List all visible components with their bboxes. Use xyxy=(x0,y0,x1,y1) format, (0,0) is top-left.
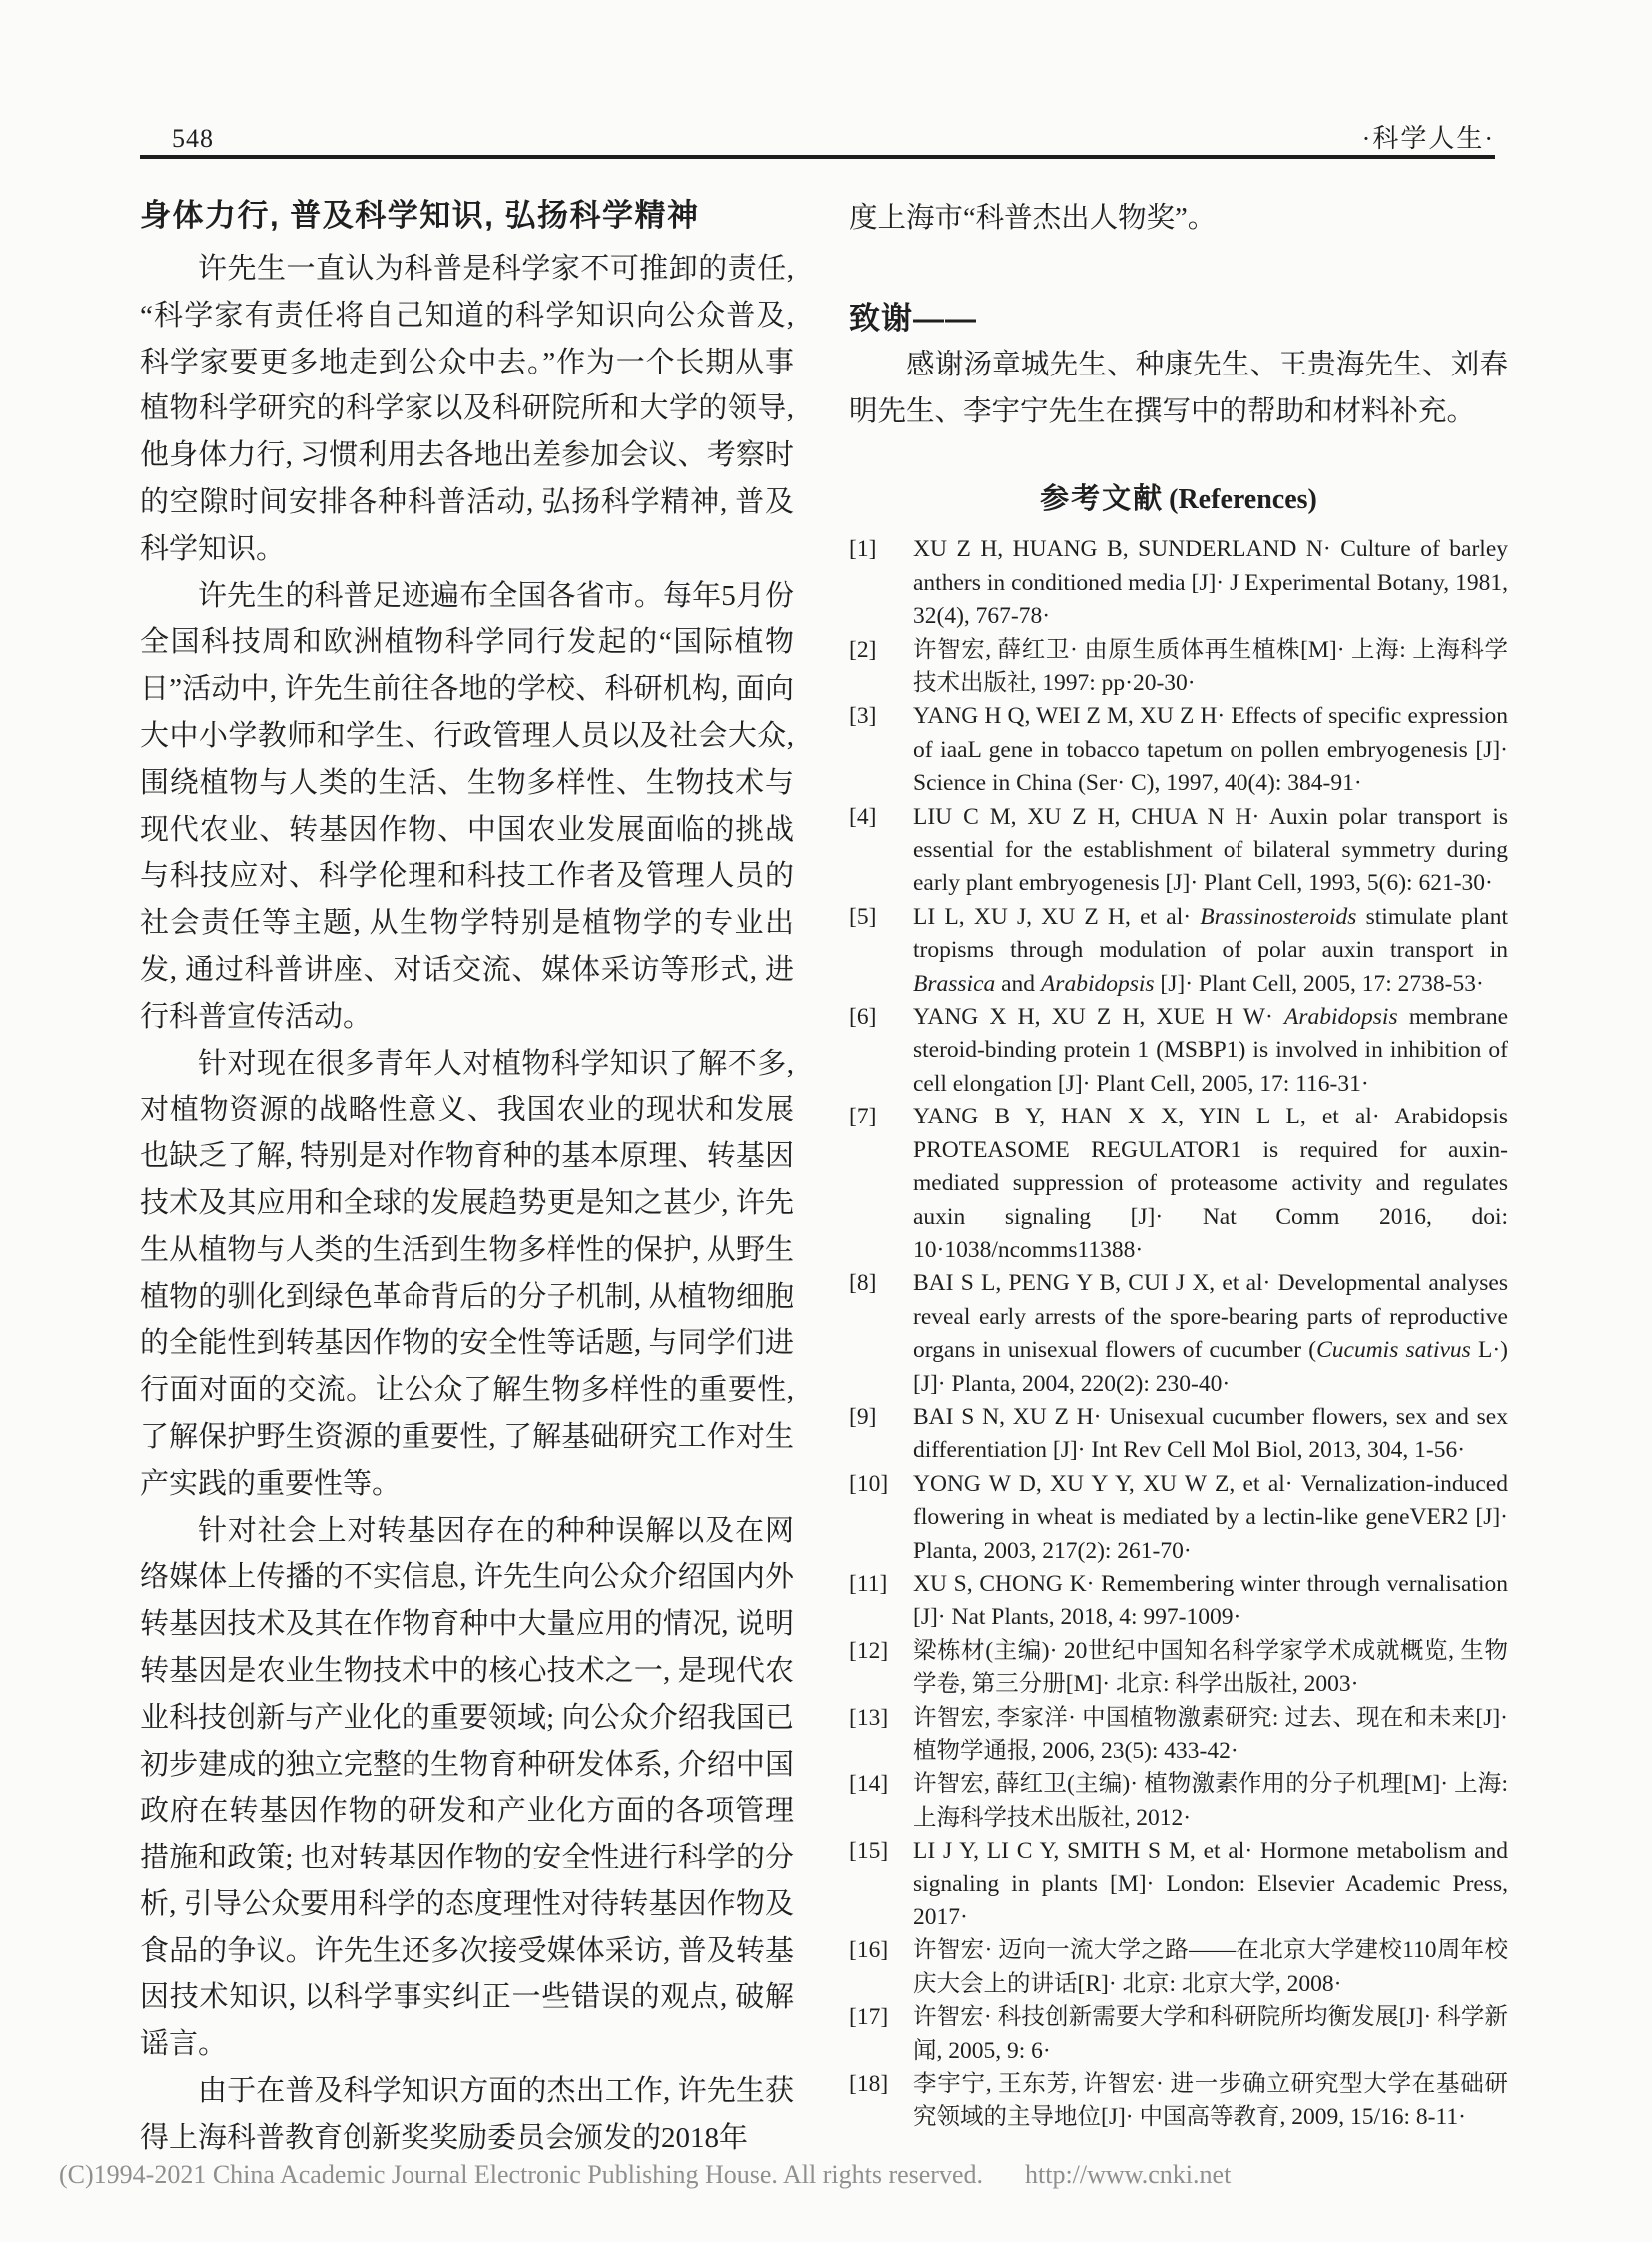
reference-item: [6]YANG X H, XU Z H, XUE H W· Arabidopsi… xyxy=(849,1001,1508,1101)
reference-text: YANG X H, XU Z H, XUE H W· Arabidopsis m… xyxy=(913,1004,1508,1097)
reference-number: [6] xyxy=(849,1001,876,1034)
left-column: 身体力行, 普及科学知识, 弘扬科学精神 许先生一直认为科普是科学家不可推卸的责… xyxy=(140,196,794,2162)
page-number: 548 xyxy=(140,124,214,154)
reference-number: [13] xyxy=(849,1702,888,1735)
reference-number: [17] xyxy=(849,2001,888,2034)
reference-number: [1] xyxy=(849,533,876,566)
reference-item: [10]YONG W D, XU Y Y, XU W Z, et al· Ver… xyxy=(849,1468,1508,1568)
reference-text: 许智宏, 薛红卫(主编)· 植物激素作用的分子机理[M]· 上海: 上海科学技术… xyxy=(913,1771,1508,1830)
reference-item: [11]XU S, CHONG K· Remembering winter th… xyxy=(849,1568,1508,1635)
reference-text: LI L, XU J, XU Z H, et al· Brassinostero… xyxy=(913,904,1508,997)
header-rule xyxy=(140,155,1495,159)
reference-number: [14] xyxy=(849,1768,888,1801)
footer-url: http://www.cnki.net xyxy=(1025,2160,1231,2189)
reference-text: 许智宏, 李家洋· 中国植物激素研究: 过去、现在和未来[J]· 植物学通报, … xyxy=(913,1705,1508,1764)
references-heading-zh: 参考文献 xyxy=(1040,483,1164,515)
reference-list: [1]XU Z H, HUANG B, SUNDERLAND N· Cultur… xyxy=(849,533,1508,2135)
running-head: ·科学人生· xyxy=(1362,118,1495,155)
reference-text: LIU C M, XU Z H, CHUA N H· Auxin polar t… xyxy=(913,804,1508,897)
reference-item: [2]许智宏, 薛红卫· 由原生质体再生植株[M]· 上海: 上海科学技术出版社… xyxy=(849,634,1508,701)
left-paragraphs: 许先生一直认为科普是科学家不可推卸的责任, “科学家有责任将自己知道的科学知识向… xyxy=(140,246,794,2162)
reference-item: [12]梁栋材(主编)· 20世纪中国知名科学家学术成就概览, 生物学卷, 第三… xyxy=(849,1635,1508,1702)
reference-number: [8] xyxy=(849,1267,876,1300)
reference-item: [15]LI J Y, LI C Y, SMITH S M, et al· Ho… xyxy=(849,1835,1508,1934)
reference-text: YANG B Y, HAN X X, YIN L L, et al· Arabi… xyxy=(913,1104,1508,1263)
reference-text: LI J Y, LI C Y, SMITH S M, et al· Hormon… xyxy=(913,1838,1508,1930)
continuation-paragraph: 度上海市“科普杰出人物奖”。 xyxy=(849,196,1508,243)
reference-item: [16]许智宏· 迈向一流大学之路——在北京大学建校110周年校庆大会上的讲话[… xyxy=(849,1934,1508,2001)
section-heading: 身体力行, 普及科学知识, 弘扬科学精神 xyxy=(140,196,794,236)
reference-text: 许智宏· 科技创新需要大学和科研院所均衡发展[J]· 科学新闻, 2005, 9… xyxy=(913,2004,1508,2063)
reference-text: XU S, CHONG K· Remembering winter throug… xyxy=(913,1571,1508,1630)
reference-item: [8]BAI S L, PENG Y B, CUI J X, et al· De… xyxy=(849,1267,1508,1401)
reference-number: [10] xyxy=(849,1468,888,1501)
paragraph: 由于在普及科学知识方面的杰出工作, 许先生获得上海科普教育创新奖奖励委员会颁发的… xyxy=(140,2068,794,2162)
reference-number: [16] xyxy=(849,1934,888,1967)
reference-item: [13]许智宏, 李家洋· 中国植物激素研究: 过去、现在和未来[J]· 植物学… xyxy=(849,1702,1508,1769)
acknowledgement-heading: 致谢—— xyxy=(849,299,1508,339)
copyright-text: (C)1994-2021 China Academic Journal Elec… xyxy=(59,2160,983,2189)
reference-item: [3]YANG H Q, WEI Z M, XU Z H· Effects of… xyxy=(849,700,1508,800)
reference-text: BAI S N, XU Z H· Unisexual cucumber flow… xyxy=(913,1404,1508,1463)
reference-number: [2] xyxy=(849,634,876,667)
reference-item: [5]LI L, XU J, XU Z H, et al· Brassinost… xyxy=(849,901,1508,1001)
reference-number: [7] xyxy=(849,1101,876,1133)
reference-text: 许智宏· 迈向一流大学之路——在北京大学建校110周年校庆大会上的讲话[R]· … xyxy=(913,1937,1508,1996)
reference-item: [17]许智宏· 科技创新需要大学和科研院所均衡发展[J]· 科学新闻, 200… xyxy=(849,2001,1508,2068)
reference-item: [7]YANG B Y, HAN X X, YIN L L, et al· Ar… xyxy=(849,1101,1508,1267)
paragraph: 针对现在很多青年人对植物科学知识了解不多, 对植物资源的战略性意义、我国农业的现… xyxy=(140,1041,794,1508)
reference-text: 梁栋材(主编)· 20世纪中国知名科学家学术成就概览, 生物学卷, 第三分册[M… xyxy=(913,1638,1508,1697)
reference-item: [1]XU Z H, HUANG B, SUNDERLAND N· Cultur… xyxy=(849,533,1508,633)
reference-text: YANG H Q, WEI Z M, XU Z H· Effects of sp… xyxy=(913,703,1508,796)
reference-number: [5] xyxy=(849,901,876,934)
reference-item: [14]许智宏, 薛红卫(主编)· 植物激素作用的分子机理[M]· 上海: 上海… xyxy=(849,1768,1508,1835)
paragraph: 许先生一直认为科普是科学家不可推卸的责任, “科学家有责任将自己知道的科学知识向… xyxy=(140,246,794,573)
page-footer: (C)1994-2021 China Academic Journal Elec… xyxy=(59,2160,1231,2190)
right-column: 度上海市“科普杰出人物奖”。 致谢—— 感谢汤章城先生、种康先生、王贵海先生、刘… xyxy=(849,196,1508,2135)
reference-item: [18]李宇宁, 王东芳, 许智宏· 进一步确立研究型大学在基础研究领域的主导地… xyxy=(849,2068,1508,2135)
reference-number: [12] xyxy=(849,1635,888,1668)
reference-text: YONG W D, XU Y Y, XU W Z, et al· Vernali… xyxy=(913,1471,1508,1564)
reference-number: [18] xyxy=(849,2068,888,2101)
paragraph: 针对社会上对转基因存在的种种误解以及在网络媒体上传播的不实信息, 许先生向公众介… xyxy=(140,1508,794,2069)
reference-text: 许智宏, 薛红卫· 由原生质体再生植株[M]· 上海: 上海科学技术出版社, 1… xyxy=(913,637,1508,696)
reference-number: [4] xyxy=(849,801,876,834)
reference-item: [4]LIU C M, XU Z H, CHUA N H· Auxin pola… xyxy=(849,801,1508,901)
journal-page: 548 ·科学人生· 身体力行, 普及科学知识, 弘扬科学精神 许先生一直认为科… xyxy=(0,0,1652,2242)
reference-number: [9] xyxy=(849,1401,876,1434)
reference-number: [15] xyxy=(849,1835,888,1868)
reference-text: BAI S L, PENG Y B, CUI J X, et al· Devel… xyxy=(913,1270,1508,1396)
acknowledgement-body: 感谢汤章城先生、种康先生、王贵海先生、刘春明先生、李宇宁先生在撰写中的帮助和材料… xyxy=(849,343,1508,436)
reference-number: [3] xyxy=(849,700,876,733)
reference-item: [9]BAI S N, XU Z H· Unisexual cucumber f… xyxy=(849,1401,1508,1468)
references-heading-en: (References) xyxy=(1169,484,1317,515)
page-header: 548 ·科学人生· xyxy=(140,118,1495,155)
reference-number: [11] xyxy=(849,1568,887,1601)
references-heading: 参考文献(References) xyxy=(849,479,1508,523)
paragraph: 许先生的科普足迹遍布全国各省市。每年5月份全国科技周和欧洲植物科学同行发起的“国… xyxy=(140,573,794,1041)
reference-text: 李宇宁, 王东芳, 许智宏· 进一步确立研究型大学在基础研究领域的主导地位[J]… xyxy=(913,2071,1508,2130)
reference-text: XU Z H, HUANG B, SUNDERLAND N· Culture o… xyxy=(913,536,1508,629)
